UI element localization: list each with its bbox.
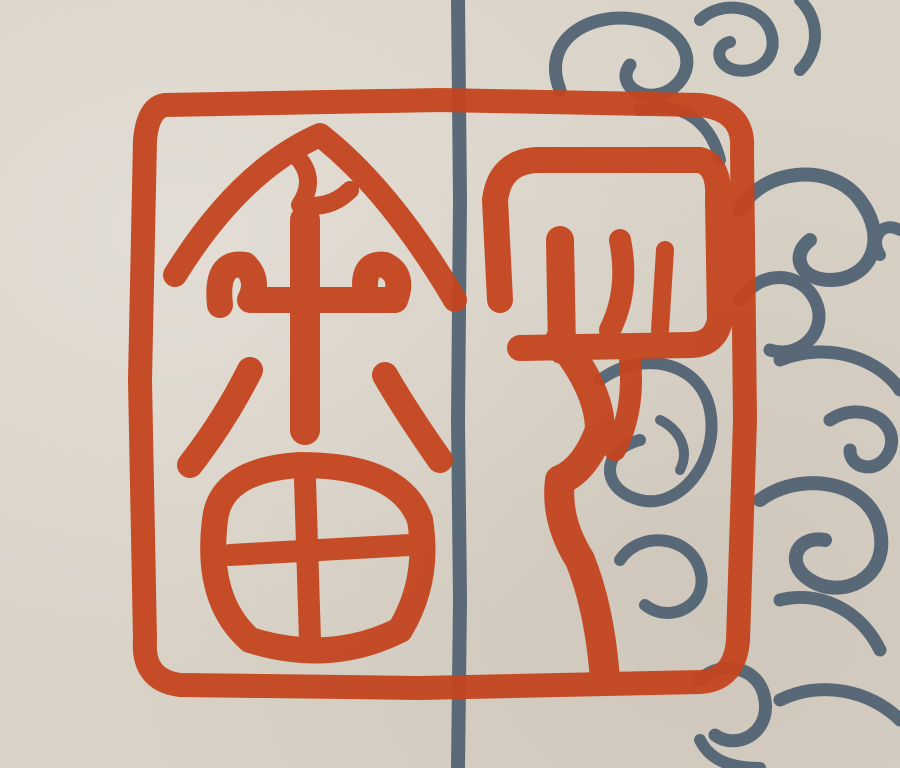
red-seal-stamp xyxy=(0,0,900,768)
seal-character-left xyxy=(175,135,455,650)
photo-scene: Close-up photograph of a red square seal… xyxy=(0,0,900,768)
seal-character-right xyxy=(495,160,720,680)
